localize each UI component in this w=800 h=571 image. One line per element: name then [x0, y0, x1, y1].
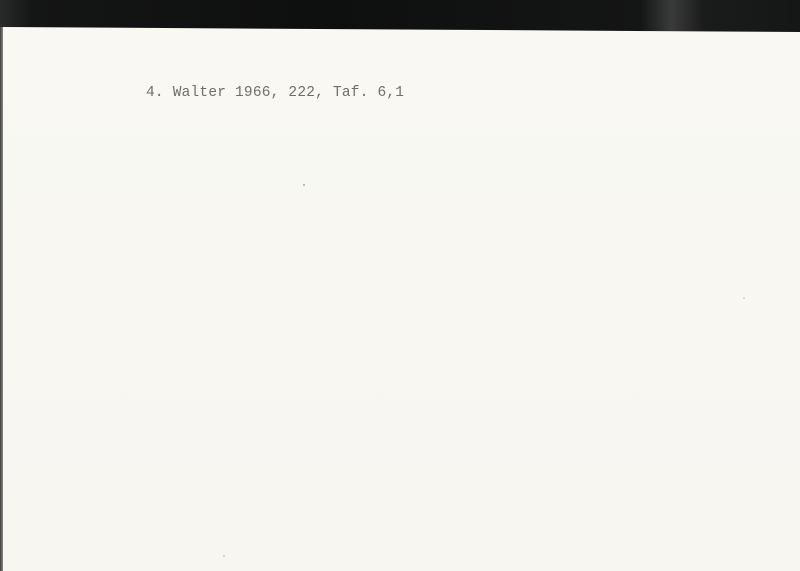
paper-speck: [223, 555, 225, 557]
paper-speck: [743, 297, 745, 299]
index-card: 4. Walter 1966, 222, Taf. 6,1: [3, 27, 800, 571]
scanned-card-image: 4. Walter 1966, 222, Taf. 6,1: [0, 0, 800, 571]
paper-speck: [303, 184, 305, 186]
entry-number: 4.: [146, 85, 164, 101]
card-left-edge: [0, 27, 3, 571]
card-entry: 4. Walter 1966, 222, Taf. 6,1: [146, 85, 404, 101]
entry-reference: Walter 1966, 222, Taf. 6,1: [173, 85, 404, 101]
